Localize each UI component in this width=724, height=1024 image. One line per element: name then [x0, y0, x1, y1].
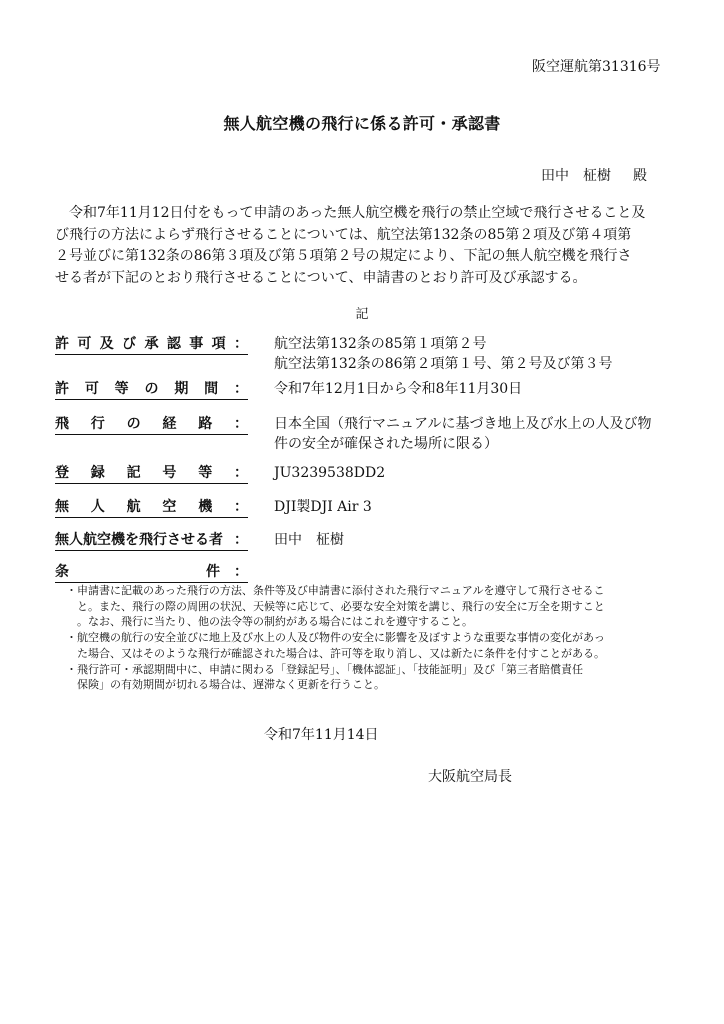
condition-line: 保険」の有効期間が切れる場合は、遅滞なく更新を行うこと。	[66, 677, 605, 693]
value-line: DJI製DJI Air 3	[274, 497, 372, 517]
label-char: ：	[234, 563, 248, 581]
label-permission-items: 許 可 及 び 承 認 事 項 ：	[55, 335, 248, 355]
label-char: び	[122, 335, 136, 353]
condition-line: ・飛行許可・承認期間中に、申請に関わる「登録記号」、「機体認証」、「技能証明」及…	[66, 662, 605, 678]
label-char: 項	[212, 335, 226, 353]
label-char: 許	[55, 380, 69, 398]
label-char: ：	[234, 498, 248, 516]
label-char: 許	[55, 335, 69, 353]
label-char: 可	[77, 335, 91, 353]
addressee-honorific: 殿	[633, 165, 647, 185]
label-pilot: 無人航空機を飛行させる者 ：	[55, 531, 248, 551]
label-char: 飛	[55, 415, 69, 433]
value-registration-number: JU3239538DD2	[274, 463, 385, 483]
label-char: 認	[167, 335, 181, 353]
label-char: 行	[91, 415, 105, 433]
label-char: 号	[162, 464, 176, 482]
label-char: 等	[198, 464, 212, 482]
label-char: ：	[234, 335, 248, 353]
condition-line: ・申請書に記載のあった飛行の方法、条件等及び申請書に添付された飛行マニュアルを遵…	[66, 583, 605, 599]
value-line: JU3239538DD2	[274, 463, 385, 483]
label-char: 可	[85, 380, 99, 398]
value-line: 令和7年12月1日から令和8年11月30日	[274, 379, 522, 399]
label-char: 期	[174, 380, 188, 398]
label-char: の	[127, 415, 141, 433]
value-flight-route: 日本全国（飛行マニュアルに基づき地上及び水上の人及び物 件の安全が確保された場所…	[274, 414, 651, 454]
label-char: 空	[162, 498, 176, 516]
value-line: 日本全国（飛行マニュアルに基づき地上及び水上の人及び物	[274, 414, 651, 434]
label-char: 件	[206, 563, 220, 581]
issue-date: 令和7年11月14日	[264, 724, 379, 744]
document-number: 阪空運航第31316号	[532, 56, 661, 76]
intro-line: 令和7年11月12日付をもって申請のあった無人航空機を飛行の禁止空域で飛行させる…	[55, 203, 675, 225]
label-char: の	[144, 380, 158, 398]
label-char: 無	[55, 498, 69, 516]
label-conditions: 条 件 ：	[55, 563, 248, 583]
intro-line: ２号並びに第132条の86第３項及び第５項第２号の規定により、下記の無人航空機を…	[55, 246, 675, 268]
label-char: 人	[91, 498, 105, 516]
label-char: ：	[234, 380, 248, 398]
label-char: ：	[234, 464, 248, 482]
intro-paragraph: 令和7年11月12日付をもって申請のあった無人航空機を飛行の禁止空域で飛行させる…	[55, 203, 675, 289]
label-char: 事	[189, 335, 203, 353]
label-char: 路	[198, 415, 212, 433]
value-pilot: 田中 柾樹	[274, 530, 344, 550]
value-line: 田中 柾樹	[274, 530, 344, 550]
label-char: 間	[204, 380, 218, 398]
label-char: 記	[127, 464, 141, 482]
label-char: 及	[100, 335, 114, 353]
label-char: 航	[127, 498, 141, 516]
label-char: 条	[55, 563, 69, 581]
condition-line: た場合、又はそのような飛行が確認された場合は、許可等を取り消し、又は新たに条件を…	[66, 646, 605, 662]
label-char: 承	[145, 335, 159, 353]
label-flight-route: 飛 行 の 経 路 ：	[55, 415, 248, 435]
addressee-name: 田中 柾樹	[541, 165, 611, 185]
conditions-list: ・申請書に記載のあった飛行の方法、条件等及び申請書に添付された飛行マニュアルを遵…	[66, 583, 605, 693]
value-line: 航空法第132条の85第１項第２号	[274, 334, 613, 354]
value-aircraft: DJI製DJI Air 3	[274, 497, 372, 517]
value-permission-items: 航空法第132条の85第１項第２号 航空法第132条の86第２項第１号、第２号及…	[274, 334, 613, 374]
document-title: 無人航空機の飛行に係る許可・承認書	[0, 111, 724, 134]
value-line: 件の安全が確保された場所に限る）	[274, 434, 651, 454]
condition-line: ・航空機の航行の安全並びに地上及び水上の人及び物件の安全に影響を及ぼすような重要…	[66, 630, 605, 646]
label-char: ：	[234, 415, 248, 433]
issuer: 大阪航空局長	[428, 766, 512, 786]
intro-line: せる者が下記のとおり飛行させることについて、申請書のとおり許可及び承認する。	[55, 268, 675, 290]
condition-line: と。また、飛行の際の周囲の状況、天候等に応じて、必要な安全対策を講じ、飛行の安全…	[66, 599, 605, 615]
label-registration-number: 登 録 記 号 等 ：	[55, 464, 248, 484]
value-permission-period: 令和7年12月1日から令和8年11月30日	[274, 379, 522, 399]
label-char: 録	[91, 464, 105, 482]
addressee: 田中 柾樹殿	[541, 165, 647, 185]
label-permission-period: 許 可 等 の 期 間 ：	[55, 380, 248, 400]
label-char: 等	[115, 380, 129, 398]
label-char: ：	[234, 531, 248, 549]
ki-heading: 記	[0, 303, 724, 322]
label-char: 無人航空機を飛行させる者	[55, 531, 223, 549]
label-char: 機	[198, 498, 212, 516]
label-aircraft: 無 人 航 空 機 ：	[55, 498, 248, 518]
condition-line: 。なお、飛行に当たり、他の法令等の制約がある場合にはこれを遵守すること。	[66, 614, 605, 630]
label-char: 経	[162, 415, 176, 433]
label-char: 登	[55, 464, 69, 482]
intro-line: び飛行の方法によらず飛行させることについては、航空法第132条の85第２項及び第…	[55, 225, 675, 247]
value-line: 航空法第132条の86第２項第１号、第２号及び第３号	[274, 354, 613, 374]
